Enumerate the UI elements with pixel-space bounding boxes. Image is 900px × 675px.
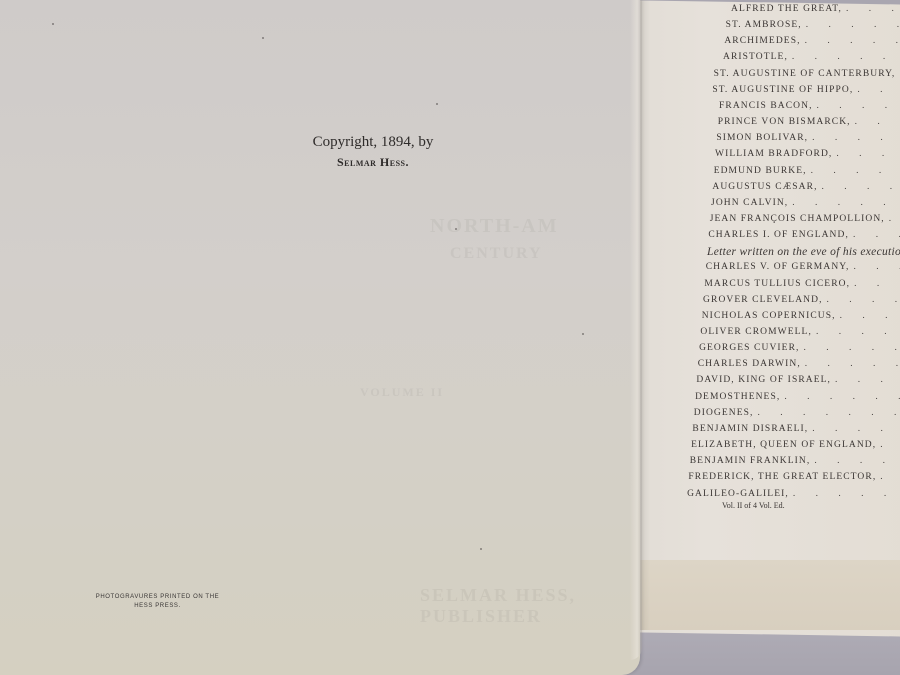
toc-leader-dots: . . . . . . . <box>840 311 900 321</box>
toc-leader-dots: . . . <box>889 214 900 224</box>
toc-entry-name: ST. AMBROSE, <box>726 20 802 30</box>
toc-entry-name: DIOGENES, <box>694 408 754 418</box>
paper-speck <box>52 23 54 25</box>
toc-leader-dots: . . . . . <box>855 117 900 127</box>
toc-entry-name: FREDERICK, THE GREAT ELECTOR, <box>688 472 876 482</box>
toc-entry: JEAN FRANÇOIS CHAMPOLLION,. . . <box>710 214 900 224</box>
toc-entry-name: Letter written on the eve of his executi… <box>707 246 900 258</box>
toc-entry-name: CHARLES DARWIN, <box>698 359 801 369</box>
toc-entry-name: DAVID, KING OF ISRAEL, <box>696 375 831 385</box>
toc-entry-name: GALILEO-GALILEI, <box>687 489 789 499</box>
toc-leader-dots: . . . <box>857 85 900 95</box>
toc-entry: PRINCE VON BISMARCK,. . . . . <box>718 117 900 127</box>
toc-entry-name: CHARLES V. OF GERMANY, <box>706 262 850 272</box>
press-note-line: HESS PRESS. <box>80 602 235 611</box>
toc-entry: GALILEO-GALILEI,. . . . . . . . . . <box>687 489 900 499</box>
paper-speck <box>436 103 438 105</box>
press-note: PHOTOGRAVURES PRINTED ON THE HESS PRESS. <box>80 593 235 610</box>
left-page: NORTH-AM CENTURY VOLUME II SELMAR HESS, … <box>0 0 640 675</box>
copyright-notice: Copyright, 1894, by Selmar Hess. <box>288 132 458 171</box>
copyright-line: Copyright, 1894, by <box>288 132 458 154</box>
toc-leader-dots: . . . . . . . . . . . . . <box>758 408 900 418</box>
paper-speck <box>262 37 264 39</box>
bleed-through-text: VOLUME II <box>360 385 444 400</box>
toc-leader-dots: . . . . . . . . . . . <box>784 392 900 402</box>
toc-entry: EDMUND BURKE,. . . . . . . . <box>714 166 900 176</box>
toc-entry: CHARLES DARWIN,. . . . . . . . . . <box>698 359 900 369</box>
toc-leader-dots: . . . . <box>846 4 900 14</box>
toc-entry: AUGUSTUS CÆSAR,. . . . . . . <box>712 182 900 192</box>
toc-entry-name: ST. AUGUSTINE OF HIPPO, <box>712 85 853 95</box>
toc-entry: OLIVER CROMWELL,. . . . . . . . <box>700 327 900 337</box>
toc-entry-name: OLIVER CROMWELL, <box>700 327 812 337</box>
paper-speck <box>480 548 482 550</box>
toc-entry-name: JEAN FRANÇOIS CHAMPOLLION, <box>710 214 885 224</box>
toc-entry: NICHOLAS COPERNICUS,. . . . . . . <box>702 311 900 321</box>
toc-entry: ELIZABETH, QUEEN OF ENGLAND,. . . . <box>691 440 900 450</box>
toc-entry: DEMOSTHENES,. . . . . . . . . . . <box>695 392 900 402</box>
left-page-edge <box>630 0 642 660</box>
toc-leader-dots: . . . <box>880 472 900 482</box>
toc-entry-name: MARCUS TULLIUS CICERO, <box>704 279 850 289</box>
toc-entry: CHARLES I. OF ENGLAND,. . . . . <box>708 230 900 240</box>
toc-entry-name: GROVER CLEVELAND, <box>703 295 823 305</box>
toc-entry: GEORGES CUVIER,. . . . . . . . . . <box>699 343 900 353</box>
toc-entry-name: NICHOLAS COPERNICUS, <box>702 311 836 321</box>
toc-entry: MARCUS TULLIUS CICERO,. . . . . <box>704 279 900 289</box>
toc-entry: ST. AUGUSTINE OF CANTERBURY, <box>714 69 896 79</box>
toc-leader-dots: . . . . . . . . . <box>792 198 900 208</box>
toc-leader-dots: . . . . . . . . <box>792 52 900 62</box>
paper-speck <box>582 333 584 335</box>
toc-entry-name: BENJAMIN FRANKLIN, <box>690 456 811 466</box>
toc-entry: CHARLES V. OF GERMANY,. . . . . . <box>706 262 900 272</box>
press-note-line: PHOTOGRAVURES PRINTED ON THE <box>80 593 235 602</box>
toc-leader-dots: . . . . . . . . . . <box>805 359 900 369</box>
publisher-line: Selmar Hess. <box>288 154 458 171</box>
toc-leader-dots: . . . . . <box>854 279 900 289</box>
toc-entry: ARISTOTLE,. . . . . . . . <box>723 52 900 62</box>
toc-leader-dots: . . . . . <box>853 230 900 240</box>
toc-entry-name: WILLIAM BRADFORD, <box>715 149 832 159</box>
toc-entry: ST. AUGUSTINE OF HIPPO,. . . <box>712 85 900 95</box>
toc-entry: FREDERICK, THE GREAT ELECTOR,. . . <box>688 472 900 482</box>
toc-entry: DAVID, KING OF ISRAEL,. . . . . . . . <box>696 375 900 385</box>
toc-leader-dots: . . . . . . . . <box>827 295 900 305</box>
toc-entry-name: ARISTOTLE, <box>723 52 788 62</box>
toc-leader-dots: . . . . . . <box>854 262 900 272</box>
toc-entry-name: GEORGES CUVIER, <box>699 343 799 353</box>
toc-entry-name: DEMOSTHENES, <box>695 392 780 402</box>
toc-entry-name: CHARLES I. OF ENGLAND, <box>708 230 849 240</box>
toc-leader-dots: . . . . . . . <box>822 182 900 192</box>
toc-leader-dots: . . . . . . . . <box>835 375 900 385</box>
bleed-through-text: SELMAR HESS, PUBLISHER <box>420 585 640 627</box>
toc-entry: DIOGENES,. . . . . . . . . . . . . <box>694 408 900 418</box>
toc-leader-dots: . . . . . . . . <box>811 166 900 176</box>
toc-entry: WILLIAM BRADFORD,. . . . . . <box>715 149 900 159</box>
right-page-bottom-edge <box>630 560 900 630</box>
toc-entry-name: FRANCIS BACON, <box>719 101 813 111</box>
toc-entry: Letter written on the eve of his executi… <box>707 246 900 258</box>
toc-leader-dots: . . . . . . <box>817 101 900 111</box>
toc-leader-dots: . . . . . . . . <box>816 327 900 337</box>
volume-note: Vol. II of 4 Vol. Ed. <box>722 501 785 510</box>
toc-entry-name: AUGUSTUS CÆSAR, <box>712 182 817 192</box>
bleed-through-text: CENTURY <box>450 245 543 263</box>
toc-leader-dots: . . . . . . . <box>806 20 900 30</box>
toc-leader-dots: . . . . . . . . . . <box>812 424 900 434</box>
toc-entry: BENJAMIN FRANKLIN,. . . . . . . . . . <box>690 456 900 466</box>
bleed-through-text: NORTH-AM <box>430 215 559 238</box>
toc-entry: JOHN CALVIN,. . . . . . . . . <box>711 198 900 208</box>
toc-entry-name: PRINCE VON BISMARCK, <box>718 117 851 127</box>
toc-entry: SIMON BOLIVAR,. . . . . . . . <box>716 133 900 143</box>
toc-leader-dots: . . . . . . . . <box>812 133 900 143</box>
toc-entry: ST. AMBROSE,. . . . . . . <box>726 20 900 30</box>
toc-leader-dots: . . . . . . . . . . <box>814 456 900 466</box>
toc-leader-dots: . . . . . . . . . . <box>793 489 900 499</box>
toc-entry-name: SIMON BOLIVAR, <box>716 133 808 143</box>
toc-entry: ALFRED THE GREAT,. . . . <box>731 4 900 14</box>
toc-entry: BENJAMIN DISRAELI,. . . . . . . . . . <box>692 424 900 434</box>
toc-entry-name: ELIZABETH, QUEEN OF ENGLAND, <box>691 440 876 450</box>
toc-entry-name: ST. AUGUSTINE OF CANTERBURY, <box>714 69 896 79</box>
toc-entry-name: JOHN CALVIN, <box>711 198 788 208</box>
toc-leader-dots: . . . . <box>880 440 900 450</box>
toc-entry: ARCHIMEDES,. . . . . . . <box>724 36 900 46</box>
toc-leader-dots: . . . . . . . <box>805 36 900 46</box>
toc-entry-name: EDMUND BURKE, <box>714 166 807 176</box>
toc-entry-name: BENJAMIN DISRAELI, <box>692 424 808 434</box>
toc-leader-dots: . . . . . . . . . . <box>803 343 900 353</box>
toc-entry-name: ARCHIMEDES, <box>724 36 800 46</box>
paper-speck <box>455 228 457 230</box>
toc-leader-dots: . . . . . . <box>836 149 900 159</box>
toc-entry: FRANCIS BACON,. . . . . . <box>719 101 900 111</box>
toc-entry: GROVER CLEVELAND,. . . . . . . . <box>703 295 900 305</box>
toc-entry-name: ALFRED THE GREAT, <box>731 4 842 14</box>
